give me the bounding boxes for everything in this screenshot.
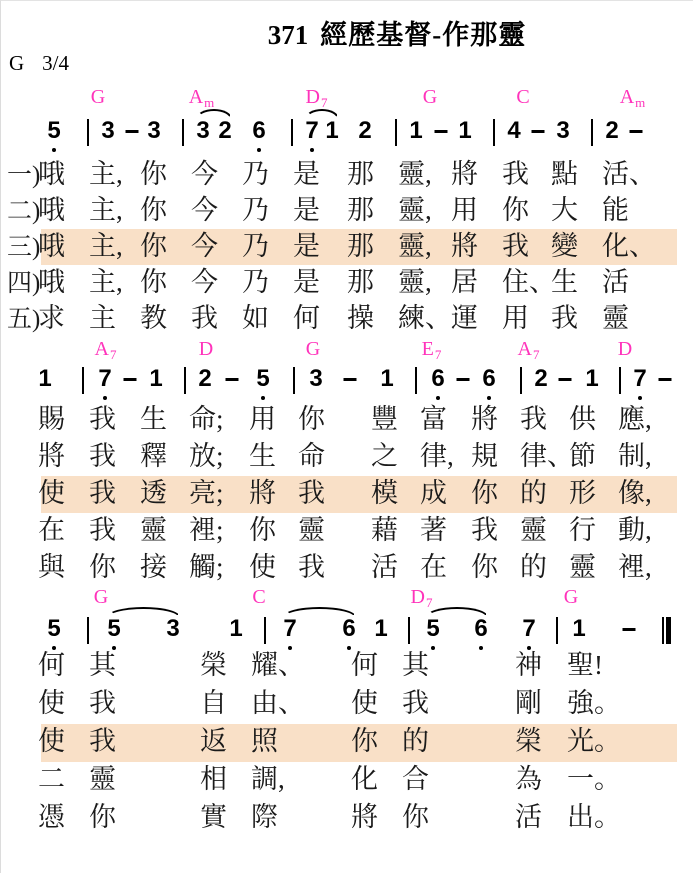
chord-label: G [306,339,320,359]
slur-arc [305,109,339,119]
chord-subscript: 7 [426,595,433,610]
barline [556,617,558,644]
lyric-cell: 用 [249,405,276,435]
lyric-cell: 使 [38,727,65,757]
lyric-cell: 放; [189,442,224,472]
score-area: GAmD7GCAm53332671211432一)哦主,你今乃是那靈,將我點活、… [1,1,693,873]
lyric-cell: 乃 [242,232,269,262]
lyric-cell: 供 [569,405,596,435]
slur-arc [107,607,180,617]
lyric-cell: 亮; [189,479,224,509]
lyric-cell: 教 [140,304,167,334]
note-dash [559,378,572,381]
chord-root: C [252,586,265,608]
lyric-cell: 今 [191,268,218,298]
lyric-cell: 那 [347,160,374,190]
lyric-cell: 我 [298,553,325,583]
lyric-cell: 求 [38,304,65,334]
lyric-cell: 聖! [567,651,603,681]
lyric-cell: 如 [242,304,269,334]
lyric-cell: 強。 [567,689,621,719]
chord-root: G [91,86,105,108]
lyric-cell: 命 [298,442,325,472]
lyric-cell: 豐 [371,405,398,435]
barline [591,119,593,146]
barline [182,119,184,146]
note-dash [124,378,137,381]
lyric-cell: 我 [89,727,116,757]
lyric-cell: 靈 [298,516,325,546]
barline [395,119,397,146]
chord-label: D [199,339,213,359]
lyric-cell: 相 [200,765,227,795]
lyric-cell: 我 [89,442,116,472]
lyric-cell: 際 [251,803,278,833]
lyric-cell: 用 [502,304,529,334]
lyric-cell: 靈, [398,232,432,262]
chord-label: G [423,87,437,107]
lyric-cell: 我 [402,689,429,719]
lyric-cell: 著 [420,516,447,546]
barline [87,119,89,146]
lyric-cell: 與 [38,553,65,583]
chord-root: G [423,86,437,108]
note-digit: 1 [38,367,51,391]
note-digit: 7 [522,617,535,641]
lyric-cell: 哦 [38,196,65,226]
lyric-cell: 靈, [398,196,432,226]
lyric-cell: 我 [298,479,325,509]
lyric-cell: 我 [89,405,116,435]
note-digit: 6 [474,617,487,641]
lyric-cell: 我 [89,516,116,546]
note-digit: 3 [309,367,322,391]
lyric-cell: 將 [249,479,276,509]
lyric-cell: 實 [200,803,227,833]
lyric-cell: 行 [569,516,596,546]
lyric-cell: 將 [351,803,378,833]
chord-subscript: 7 [321,95,328,110]
verse-number-prefix: 五) [7,305,40,335]
lyric-cell: 釋 [140,442,167,472]
note-digit: 5 [107,617,120,641]
barline [619,367,621,394]
slur-arc [283,607,356,617]
lyric-cell: 將 [471,405,498,435]
chord-label: A7 [518,339,539,359]
barline [291,119,293,146]
lyric-cell: 你 [351,727,378,757]
lyric-cell: 何 [351,651,378,681]
note-dash [435,130,448,133]
lyric-cell: 你 [471,479,498,509]
lyric-cell: 我 [471,516,498,546]
lyric-cell: 一。 [567,765,621,795]
chord-subscript: m [635,95,645,110]
note-digit: 3 [101,119,114,143]
lyric-cell: 主 [89,304,116,334]
lyric-cell: 我 [191,304,218,334]
note-digit: 3 [556,119,569,143]
chord-label: A7 [95,339,116,359]
lyric-cell: 靈 [569,553,596,583]
lyric-cell: 形 [569,479,596,509]
note-digit: 1 [229,617,242,641]
note-dash [532,130,545,133]
note-digit: 1 [458,119,471,143]
note-dash [226,378,239,381]
low-octave-dot [479,646,483,650]
verse-number-prefix: 一) [7,161,40,191]
lyric-cell: 剛 [515,689,542,719]
barline [264,617,266,644]
note-digit: 4 [507,119,520,143]
verse-number-prefix: 四) [7,269,40,299]
note-digit: 7 [283,617,296,641]
lyric-cell: 節 [569,442,596,472]
note-digit: 7 [633,367,646,391]
barline [415,367,417,394]
lyric-cell: 今 [191,160,218,190]
chord-label: G [564,587,578,607]
chord-root: D [411,586,425,608]
lyric-cell: 哦 [38,160,65,190]
chord-root: D [306,86,320,108]
lyric-cell: 使 [38,689,65,719]
lyric-cell: 動, [618,516,652,546]
note-digit: 1 [380,367,393,391]
lyric-cell: 我 [551,304,578,334]
lyric-cell: 活 [371,553,398,583]
lyric-cell: 應, [618,405,652,435]
lyric-cell: 運 [451,304,478,334]
lyric-cell: 的 [520,479,547,509]
lyric-cell: 化 [351,765,378,795]
note-digit: 6 [342,617,355,641]
chord-root: E [422,338,434,360]
chord-subscript: 7 [533,347,540,362]
lyric-cell: 你 [140,196,167,226]
lyric-cell: 乃 [242,268,269,298]
lyric-cell: 的 [520,553,547,583]
lyric-cell: 返 [200,727,227,757]
lyric-cell: 靈 [89,765,116,795]
note-digit: 1 [149,367,162,391]
note-digit: 2 [198,367,211,391]
lyric-cell: 化、 [602,232,656,262]
low-octave-dot [261,396,265,400]
lyric-cell: 生 [249,442,276,472]
lyric-cell: 二 [38,765,65,795]
lyric-cell: 靈 [520,516,547,546]
barline [82,367,84,394]
lyric-cell: 活 [515,803,542,833]
lyric-cell: 觸; [189,553,224,583]
lyric-cell: 活、 [602,160,656,190]
lyric-cell: 今 [191,232,218,262]
note-digit: 2 [218,119,231,143]
note-dash [457,378,470,381]
lyric-cell: 出。 [567,803,621,833]
note-digit: 7 [98,367,111,391]
note-digit: 3 [147,119,160,143]
chord-root: D [618,338,632,360]
lyric-cell: 律, [420,442,454,472]
lyric-cell: 你 [89,803,116,833]
low-octave-dot [487,396,491,400]
note-digit: 5 [47,119,60,143]
lyric-cell: 模 [371,479,398,509]
note-digit: 1 [409,119,422,143]
note-digit: 3 [166,617,179,641]
chord-root: G [94,586,108,608]
chord-label: G [91,87,105,107]
lyric-cell: 耀、 [251,651,305,681]
low-octave-dot [310,148,314,152]
chord-label: C [516,87,529,107]
final-bar-thick [666,617,671,644]
lyric-cell: 裡; [189,516,224,546]
chord-label: Am [620,87,645,107]
note-digit: 5 [426,617,439,641]
lyric-cell: 你 [140,160,167,190]
lyric-cell: 使 [249,553,276,583]
lyric-cell: 你 [249,516,276,546]
lyric-cell: 何 [38,651,65,681]
chord-label: G [94,587,108,607]
lyric-cell: 成 [420,479,447,509]
lyric-cell: 乃 [242,160,269,190]
slur-arc [426,607,488,617]
lyric-cell: 靈 [602,304,629,334]
lyric-cell: 光。 [567,727,621,757]
barline [87,617,89,644]
verse-number-prefix: 三) [7,233,40,263]
lyric-cell: 賜 [38,405,65,435]
low-octave-dot [431,646,435,650]
chord-root: G [564,586,578,608]
chord-root: A [189,86,203,108]
lyric-cell: 大 [551,196,578,226]
chord-label: D [618,339,632,359]
lyric-cell: 榮 [515,727,542,757]
chord-root: A [95,338,109,360]
lyric-cell: 由、 [251,689,305,719]
lyric-cell: 榮 [200,651,227,681]
lyric-cell: 我 [89,689,116,719]
note-digit: 2 [358,119,371,143]
slur-arc [196,109,232,119]
lyric-cell: 那 [347,232,374,262]
chord-root: A [620,86,634,108]
note-digit: 6 [431,367,444,391]
lyric-cell: 你 [140,232,167,262]
note-digit: 7 [305,119,318,143]
note-digit: 1 [325,119,338,143]
lyric-cell: 點 [551,160,578,190]
chord-root: D [199,338,213,360]
lyric-cell: 哦 [38,232,65,262]
lyric-cell: 你 [298,405,325,435]
lyric-cell: 其 [89,651,116,681]
lyric-cell: 我 [502,160,529,190]
barline [520,367,522,394]
lyric-cell: 使 [351,689,378,719]
lyric-cell: 律、 [520,442,574,472]
lyric-cell: 其 [402,651,429,681]
lyric-cell: 主, [89,196,123,226]
hymn-sheet-page: 371經歷基督-作那靈 G3/4 GAmD7GCAm53332671211432… [0,0,693,873]
lyric-cell: 何 [293,304,320,334]
chord-label: Am [189,87,214,107]
lyric-cell: 你 [471,553,498,583]
lyric-cell: 你 [402,803,429,833]
lyric-cell: 制, [618,442,652,472]
note-digit: 2 [534,367,547,391]
chord-subscript: 7 [435,347,442,362]
note-dash [659,378,672,381]
lyric-cell: 富 [420,405,447,435]
lyric-cell: 那 [347,268,374,298]
lyric-cell: 之 [371,442,398,472]
lyric-cell: 乃 [242,196,269,226]
lyric-cell: 像, [618,479,652,509]
note-dash [344,378,357,381]
barline [293,367,295,394]
lyric-cell: 神 [515,651,542,681]
lyric-cell: 憑 [38,803,65,833]
lyric-cell: 自 [200,689,227,719]
chord-label: E7 [422,339,441,359]
lyric-cell: 是 [293,160,320,190]
lyric-cell: 用 [451,196,478,226]
low-octave-dot [257,148,261,152]
lyric-cell: 你 [502,196,529,226]
lyric-cell: 的 [402,727,429,757]
lyric-cell: 將 [451,160,478,190]
lyric-cell: 是 [293,232,320,262]
lyric-cell: 你 [89,553,116,583]
lyric-cell: 哦 [38,268,65,298]
lyric-cell: 我 [502,232,529,262]
chord-label: D7 [306,87,327,107]
chord-root: A [518,338,532,360]
lyric-cell: 將 [451,232,478,262]
lyric-cell: 靈, [398,160,432,190]
chord-label: D7 [411,587,432,607]
lyric-cell: 我 [520,405,547,435]
lyric-cell: 在 [420,553,447,583]
lyric-cell: 主, [89,232,123,262]
lyric-cell: 活 [602,268,629,298]
lyric-cell: 生 [140,405,167,435]
low-octave-dot [103,396,107,400]
barline [493,119,495,146]
note-digit: 1 [572,617,585,641]
lyric-cell: 能 [602,196,629,226]
note-digit: 1 [374,617,387,641]
low-octave-dot [52,148,56,152]
note-dash [630,130,643,133]
lyric-cell: 你 [140,268,167,298]
lyric-cell: 靈, [398,268,432,298]
lyric-cell: 我 [89,479,116,509]
lyric-cell: 練、 [398,304,452,334]
note-digit: 1 [585,367,598,391]
lyric-cell: 生 [551,268,578,298]
lyric-cell: 將 [38,442,65,472]
low-octave-dot [436,396,440,400]
note-digit: 3 [196,119,209,143]
final-bar-thin [662,617,664,644]
lyric-cell: 主, [89,268,123,298]
lyric-cell: 在 [38,516,65,546]
lyric-cell: 為 [515,765,542,795]
lyric-cell: 是 [293,268,320,298]
lyric-cell: 使 [38,479,65,509]
lyric-cell: 藉 [371,516,398,546]
lyric-cell: 規 [471,442,498,472]
barline [408,617,410,644]
chord-subscript: 7 [110,347,117,362]
note-digit: 5 [47,617,60,641]
lyric-cell: 接 [140,553,167,583]
lyric-cell: 變 [551,232,578,262]
lyric-cell: 透 [140,479,167,509]
barline [184,367,186,394]
lyric-cell: 居 [451,268,478,298]
note-digit: 6 [482,367,495,391]
note-digit: 5 [256,367,269,391]
verse-number-prefix: 二) [7,197,40,227]
lyric-cell: 靈 [140,516,167,546]
chord-root: G [306,338,320,360]
note-dash [126,130,139,133]
lyric-cell: 住、 [502,268,556,298]
lyric-cell: 調, [251,765,285,795]
lyric-cell: 主, [89,160,123,190]
chord-root: C [516,86,529,108]
lyric-cell: 照 [251,727,278,757]
note-digit: 2 [605,119,618,143]
lyric-cell: 操 [347,304,374,334]
lyric-cell: 命; [189,405,224,435]
lyric-cell: 裡, [618,553,652,583]
chord-label: C [252,587,265,607]
final-barline [662,617,671,644]
lyric-cell: 是 [293,196,320,226]
note-dash [623,628,636,631]
lyric-cell: 今 [191,196,218,226]
chord-subscript: m [204,95,214,110]
lyric-cell: 合 [402,765,429,795]
note-digit: 6 [252,119,265,143]
lyric-cell: 那 [347,196,374,226]
low-octave-dot [638,396,642,400]
